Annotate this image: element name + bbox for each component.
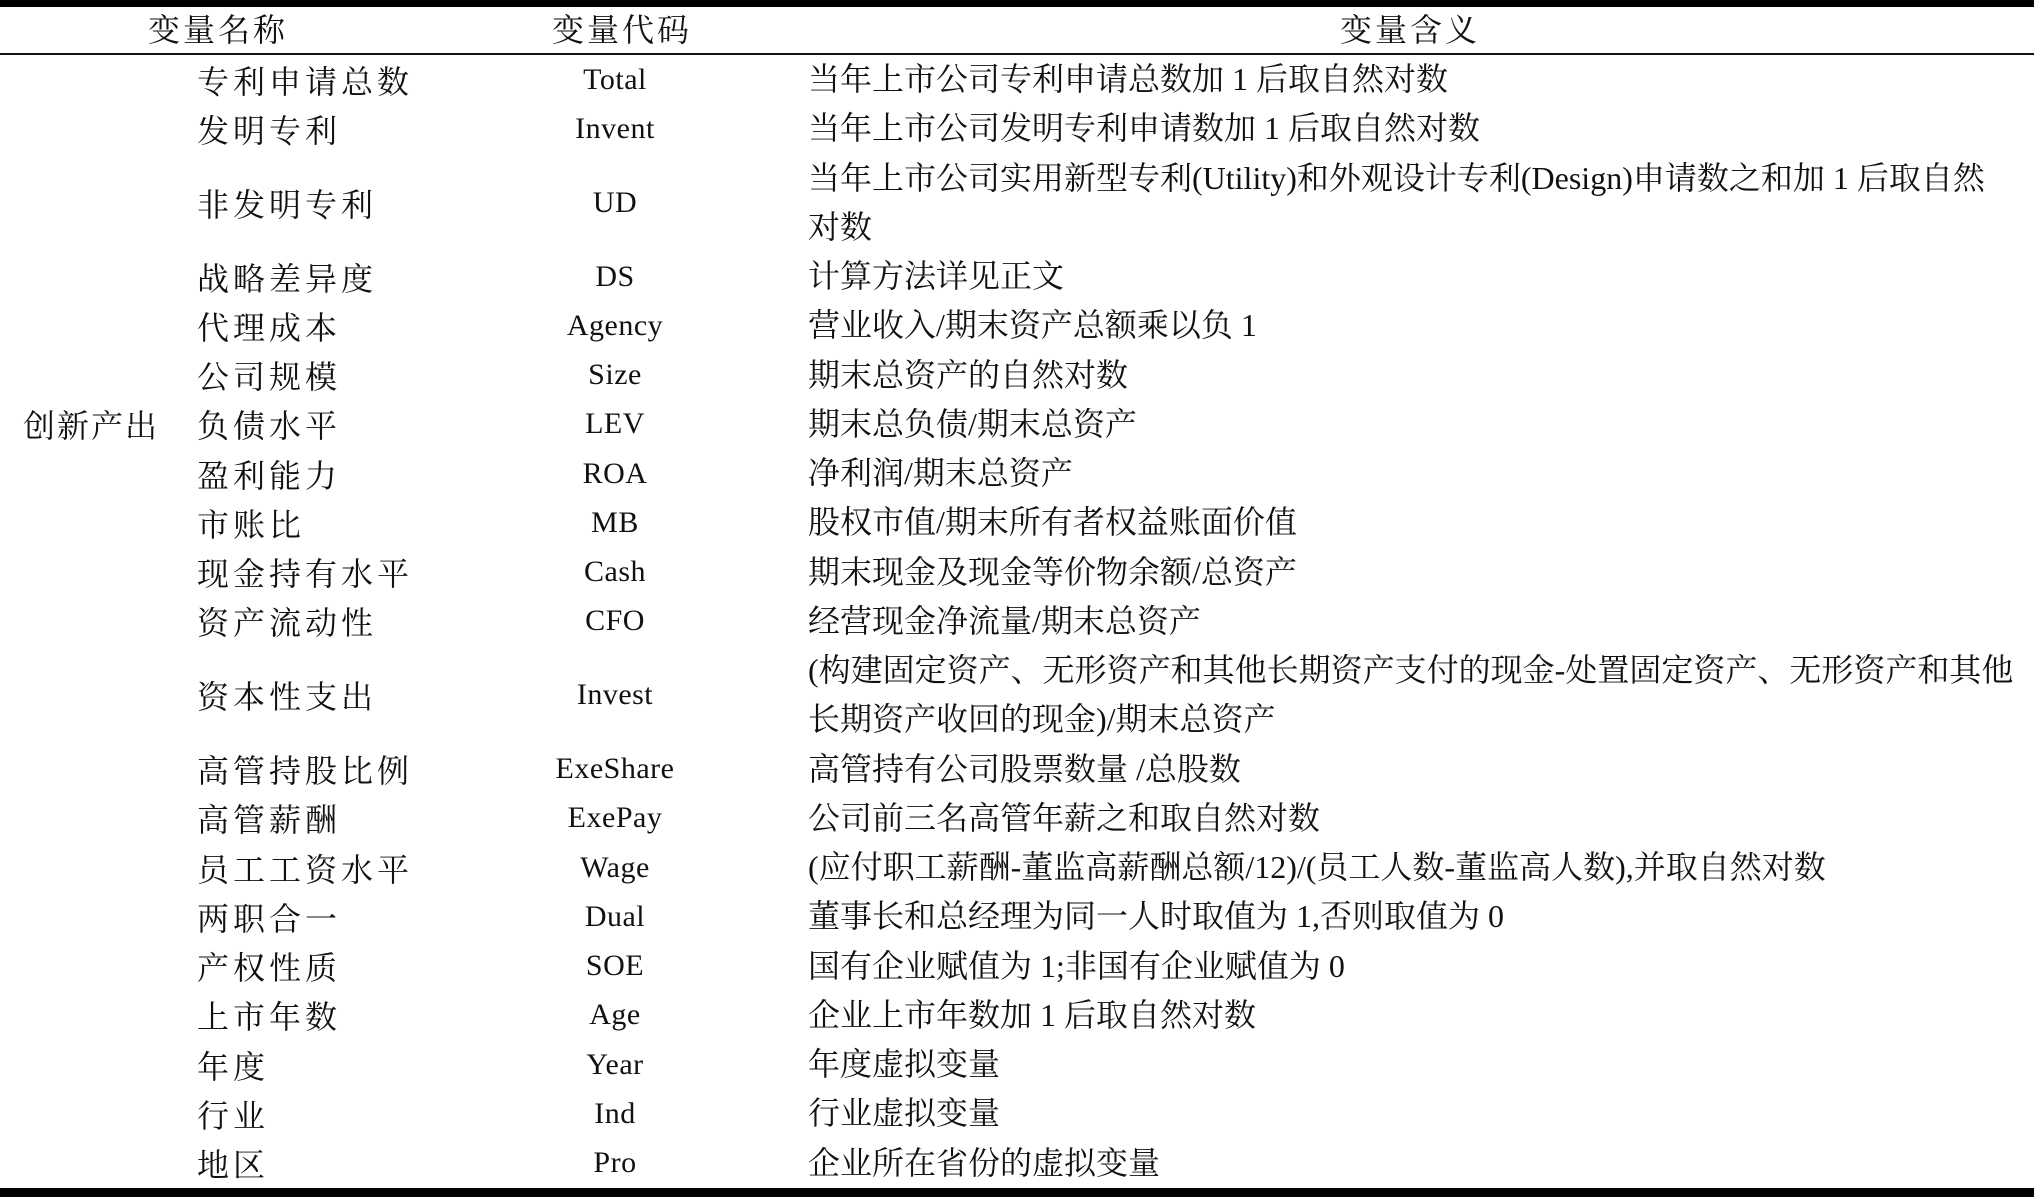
variable-name: 市账比 [170, 500, 500, 546]
variable-name: 资产流动性 [170, 598, 500, 644]
variable-name: 行业 [170, 1091, 500, 1137]
variable-name: 地区 [170, 1140, 500, 1186]
variable-code: CFO [500, 604, 730, 638]
variable-meaning: 股权市值/期末所有者权益账面价值 [730, 498, 2034, 547]
variable-code: Ind [500, 1097, 730, 1131]
variable-code: Agency [500, 309, 730, 343]
variable-meaning: 公司前三名高管年薪之和取自然对数 [730, 794, 2034, 843]
table-row: 行业 Ind 行业虚拟变量 [0, 1089, 2034, 1138]
variables-definition-table: 变量名称 变量代码 变量含义 专利申请总数 Total 当年上市公司专利申请总数… [0, 0, 2034, 1197]
variable-name: 代理成本 [170, 303, 500, 349]
table-body: 专利申请总数 Total 当年上市公司专利申请总数加 1 后取自然对数 发明专利… [0, 55, 2034, 1188]
variable-code: Cash [500, 555, 730, 589]
table-row: 代理成本 Agency 营业收入/期末资产总额乘以负 1 [0, 301, 2034, 350]
variable-code: ROA [500, 457, 730, 491]
variable-meaning: 营业收入/期末资产总额乘以负 1 [730, 301, 2034, 350]
variable-code: Total [500, 63, 730, 97]
variable-code: Pro [500, 1146, 730, 1180]
table-row: 盈利能力 ROA 净利润/期末总资产 [0, 449, 2034, 498]
table-header-row: 变量名称 变量代码 变量含义 [0, 7, 2034, 55]
variable-meaning: (构建固定资产、无形资产和其他长期资产支付的现金-处置固定资产、无形资产和其他长… [730, 646, 2034, 745]
variable-meaning: 行业虚拟变量 [730, 1089, 2034, 1138]
table-row: 资本性支出 Invest (构建固定资产、无形资产和其他长期资产支付的现金-处置… [0, 646, 2034, 745]
header-variable-meaning: 变量含义 [1340, 7, 1480, 53]
variable-name: 员工工资水平 [170, 845, 500, 891]
variable-code: Dual [500, 900, 730, 934]
table-row: 资产流动性 CFO 经营现金净流量/期末总资产 [0, 597, 2034, 646]
variable-name: 产权性质 [170, 943, 500, 989]
table-row: 员工工资水平 Wage (应付职工薪酬-董监高薪酬总额/12)/(员工人数-董监… [0, 843, 2034, 892]
variable-code: ExeShare [500, 752, 730, 786]
row-group-label: 创新产出 [0, 401, 170, 447]
table-row: 非发明专利 UD 当年上市公司实用新型专利(Utility)和外观设计专利(De… [0, 154, 2034, 253]
variable-meaning: 年度虚拟变量 [730, 1040, 2034, 1089]
variable-name: 发明专利 [170, 106, 500, 152]
variable-name: 专利申请总数 [170, 57, 500, 103]
variable-name: 盈利能力 [170, 451, 500, 497]
variable-name: 高管持股比例 [170, 746, 500, 792]
variable-code: Size [500, 358, 730, 392]
variable-name: 负债水平 [170, 401, 500, 447]
table-row: 高管薪酬 ExePay 公司前三名高管年薪之和取自然对数 [0, 794, 2034, 843]
variable-code: Age [500, 998, 730, 1032]
variable-code: Invest [500, 678, 730, 712]
table-row: 公司规模 Size 期末总资产的自然对数 [0, 351, 2034, 400]
variable-meaning: 董事长和总经理为同一人时取值为 1,否则取值为 0 [730, 892, 2034, 941]
variable-name: 战略差异度 [170, 254, 500, 300]
variable-code: UD [500, 186, 730, 220]
table-row: 两职合一 Dual 董事长和总经理为同一人时取值为 1,否则取值为 0 [0, 892, 2034, 941]
table-row: 市账比 MB 股权市值/期末所有者权益账面价值 [0, 498, 2034, 547]
table-row: 年度 Year 年度虚拟变量 [0, 1040, 2034, 1089]
variable-meaning: 计算方法详见正文 [730, 252, 2034, 301]
variable-name: 资本性支出 [170, 672, 500, 718]
variable-meaning: 期末总资产的自然对数 [730, 351, 2034, 400]
variable-meaning: 高管持有公司股票数量 /总股数 [730, 745, 2034, 794]
table-row: 产权性质 SOE 国有企业赋值为 1;非国有企业赋值为 0 [0, 942, 2034, 991]
variable-code: ExePay [500, 801, 730, 835]
variable-meaning: 企业上市年数加 1 后取自然对数 [730, 991, 2034, 1040]
variable-meaning: 净利润/期末总资产 [730, 449, 2034, 498]
variable-code: SOE [500, 949, 730, 983]
table-row: 战略差异度 DS 计算方法详见正文 [0, 252, 2034, 301]
table-bottom-rule [0, 1188, 2034, 1197]
table-row: 上市年数 Age 企业上市年数加 1 后取自然对数 [0, 991, 2034, 1040]
table-top-rule [0, 0, 2034, 7]
variable-meaning: 当年上市公司专利申请总数加 1 后取自然对数 [730, 55, 2034, 104]
variable-meaning: 期末总负债/期末总资产 [730, 400, 2034, 449]
variable-meaning: 经营现金净流量/期末总资产 [730, 597, 2034, 646]
variable-code: Invent [500, 112, 730, 146]
variable-name: 高管薪酬 [170, 795, 500, 841]
variable-code: Year [500, 1048, 730, 1082]
variable-name: 上市年数 [170, 992, 500, 1038]
variable-code: DS [500, 260, 730, 294]
variable-meaning: (应付职工薪酬-董监高薪酬总额/12)/(员工人数-董监高人数),并取自然对数 [730, 843, 2034, 892]
variable-name: 年度 [170, 1042, 500, 1088]
variable-code: MB [500, 506, 730, 540]
variable-name: 两职合一 [170, 894, 500, 940]
variable-meaning: 企业所在省份的虚拟变量 [730, 1139, 2034, 1188]
table-row: 创新产出 负债水平 LEV 期末总负债/期末总资产 [0, 400, 2034, 449]
variable-code: LEV [500, 407, 730, 441]
table-row: 高管持股比例 ExeShare 高管持有公司股票数量 /总股数 [0, 745, 2034, 794]
variable-meaning: 期末现金及现金等价物余额/总资产 [730, 548, 2034, 597]
variable-name: 非发明专利 [170, 180, 500, 226]
table-row: 发明专利 Invent 当年上市公司发明专利申请数加 1 后取自然对数 [0, 104, 2034, 153]
variable-code: Wage [500, 851, 730, 885]
table-row: 现金持有水平 Cash 期末现金及现金等价物余额/总资产 [0, 548, 2034, 597]
variable-meaning: 国有企业赋值为 1;非国有企业赋值为 0 [730, 942, 2034, 991]
variable-meaning: 当年上市公司实用新型专利(Utility)和外观设计专利(Design)申请数之… [730, 154, 2034, 253]
variable-name: 公司规模 [170, 352, 500, 398]
variable-meaning: 当年上市公司发明专利申请数加 1 后取自然对数 [730, 104, 2034, 153]
variable-name: 现金持有水平 [170, 549, 500, 595]
header-variable-name: 变量名称 [148, 7, 288, 53]
table-row: 地区 Pro 企业所在省份的虚拟变量 [0, 1139, 2034, 1188]
header-variable-code: 变量代码 [552, 7, 692, 53]
table-row: 专利申请总数 Total 当年上市公司专利申请总数加 1 后取自然对数 [0, 55, 2034, 104]
